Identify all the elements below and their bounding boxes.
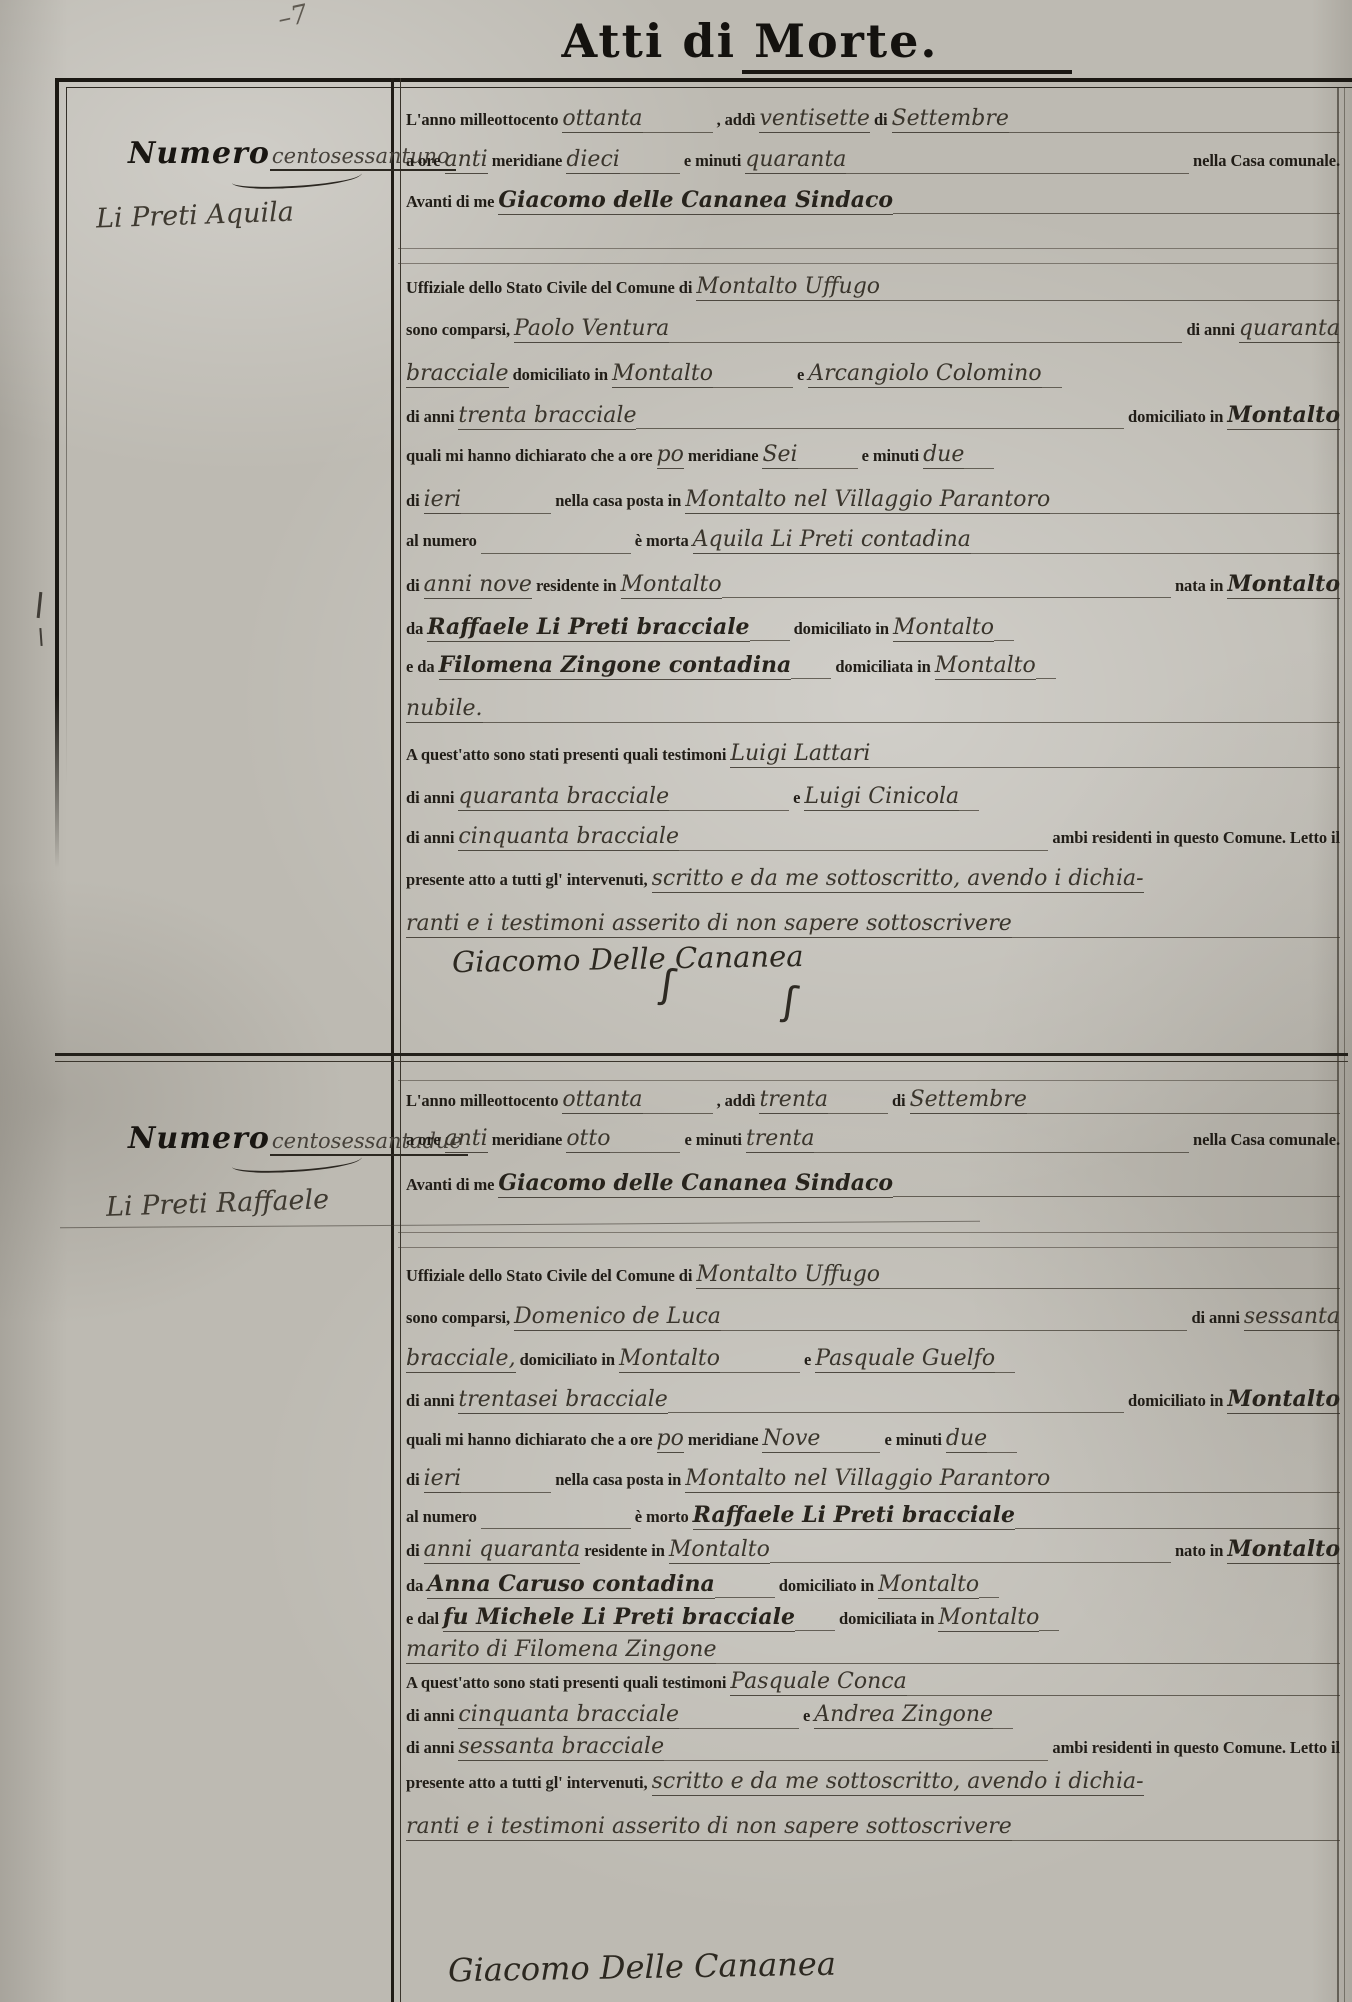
form-line: presente atto a tutti gl' intervenuti, s… bbox=[406, 1769, 1340, 1801]
handwritten-text: Anna Caruso contadina bbox=[427, 1571, 715, 1599]
frame-top-border bbox=[55, 78, 1352, 82]
handwritten-text: Giacomo delle Cananea Sindaco bbox=[498, 187, 893, 215]
printed-text: domiciliata in bbox=[831, 657, 934, 677]
form-line: L'anno milleottocento ottanta , addì ven… bbox=[406, 106, 1340, 138]
printed-text: di anni bbox=[406, 1391, 458, 1411]
handwritten-text: scritto e da me sottoscritto, avendo i d… bbox=[652, 1769, 1144, 1796]
handwritten-text: fu Michele Li Preti bracciale bbox=[443, 1604, 795, 1632]
rule-fill bbox=[820, 1452, 880, 1453]
rule-fill bbox=[461, 1492, 551, 1493]
rule-fill bbox=[880, 300, 1340, 301]
handwritten-text: ieri bbox=[424, 1466, 462, 1493]
printed-text: a ore bbox=[406, 1130, 445, 1150]
handwritten-text: quaranta bbox=[1239, 316, 1340, 343]
rule-fill bbox=[1027, 1113, 1340, 1114]
form-line: a ore anti meridiane otto e minuti trent… bbox=[406, 1126, 1340, 1158]
printed-text: di anni bbox=[1182, 320, 1238, 340]
printed-text: e minuti bbox=[880, 1430, 945, 1450]
margin-name: Li Preti Raffaele bbox=[106, 1184, 330, 1223]
handwritten-text: due bbox=[946, 1426, 987, 1453]
rule-fill bbox=[713, 387, 793, 388]
printed-text: di bbox=[888, 1091, 910, 1111]
printed-text: domiciliato in bbox=[509, 365, 612, 385]
rule-fill bbox=[483, 722, 1340, 723]
handwritten-text: Giacomo delle Cananea Sindaco bbox=[498, 1170, 893, 1198]
printed-text: e dal bbox=[406, 1609, 443, 1629]
rule-fill bbox=[679, 1728, 799, 1729]
handwritten-text: ieri bbox=[424, 487, 462, 514]
printed-text: di anni bbox=[1187, 1308, 1243, 1328]
rule-fill bbox=[716, 1663, 1340, 1664]
printed-text: da bbox=[406, 619, 427, 639]
official-signature: Giacomo Delle Cananea bbox=[448, 1945, 836, 1990]
pen-mark: –7 bbox=[275, 0, 310, 35]
handwritten-text: Montalto Uffugo bbox=[696, 1262, 880, 1289]
printed-text: Uffiziale dello Stato Civile del Comune … bbox=[406, 278, 696, 298]
handwritten-text: Montalto bbox=[1227, 402, 1340, 430]
handwritten-text: Montalto bbox=[1227, 1536, 1340, 1564]
form-line: di anni cinquanta bracciale ambi residen… bbox=[406, 824, 1340, 856]
printed-text: e bbox=[789, 788, 804, 808]
rule-fill bbox=[1042, 387, 1062, 388]
rule-fill bbox=[870, 767, 1340, 768]
form-line: L'anno milleottocento ottanta , addì tre… bbox=[406, 1087, 1340, 1119]
rule-fill bbox=[664, 1760, 1048, 1761]
rule-fill bbox=[907, 1695, 1340, 1696]
numero-label: Numero bbox=[128, 1121, 270, 1156]
rule-fill bbox=[750, 640, 790, 641]
printed-text: e bbox=[793, 365, 808, 385]
handwritten-text: Arcangiolo Colomino bbox=[808, 361, 1041, 388]
printed-text: di anni bbox=[406, 828, 458, 848]
blank-rule bbox=[398, 1080, 1338, 1081]
form-line: da Raffaele Li Preti bracciale domicilia… bbox=[406, 614, 1340, 646]
handwritten-text: Montalto bbox=[878, 1572, 979, 1599]
form-line: quali mi hanno dichiarato che a ore po m… bbox=[406, 442, 1340, 474]
printed-text: Avanti di me bbox=[406, 1175, 498, 1195]
handwritten-text: Andrea Zingone bbox=[814, 1702, 993, 1729]
handwritten-text: sessanta bracciale bbox=[458, 1734, 664, 1761]
rule-fill bbox=[979, 1597, 999, 1598]
handwritten-text: anni quaranta bbox=[424, 1537, 581, 1564]
form-line: a ore anti meridiane dieci e minuti quar… bbox=[406, 147, 1340, 179]
handwritten-text: trenta bbox=[746, 1126, 815, 1153]
handwritten-text: sessanta bbox=[1244, 1304, 1340, 1331]
page-title: Atti di Morte. bbox=[420, 14, 1080, 68]
printed-text: A quest'atto sono stati presenti quali t… bbox=[406, 1673, 730, 1693]
rule-fill bbox=[1012, 1840, 1340, 1841]
printed-text: domiciliata in bbox=[835, 1609, 938, 1629]
printed-text: , addì bbox=[713, 1091, 760, 1111]
form-line: di anni trentasei bracciale domiciliato … bbox=[406, 1386, 1340, 1418]
handwritten-text: anti bbox=[445, 1126, 488, 1153]
rule-fill bbox=[715, 1597, 775, 1598]
printed-text: nella Casa comunale. bbox=[1189, 151, 1340, 171]
form-line: quali mi hanno dichiarato che a ore po m… bbox=[406, 1426, 1340, 1458]
rule-fill bbox=[846, 173, 1189, 174]
form-line: al numero è morta Aquila Li Preti contad… bbox=[406, 527, 1340, 559]
rule-fill bbox=[798, 468, 858, 469]
printed-text: quali mi hanno dichiarato che a ore bbox=[406, 1430, 657, 1450]
printed-text: di anni bbox=[406, 788, 458, 808]
rule-fill bbox=[610, 1152, 680, 1153]
handwritten-text: nubile. bbox=[406, 696, 483, 723]
rule-fill bbox=[668, 1412, 1124, 1413]
rule-fill bbox=[987, 1452, 1017, 1453]
handwritten-text: quaranta bracciale bbox=[458, 784, 669, 811]
rule-fill bbox=[481, 1528, 631, 1529]
form-line: Uffiziale dello Stato Civile del Comune … bbox=[406, 1262, 1340, 1294]
printed-text: presente atto a tutti gl' intervenuti, bbox=[406, 870, 652, 890]
form-line: Avanti di me Giacomo delle Cananea Sinda… bbox=[406, 1170, 1340, 1202]
printed-text: al numero bbox=[406, 1507, 481, 1527]
handwritten-text: Montalto bbox=[935, 653, 1036, 680]
handwritten-text: Sei bbox=[762, 442, 797, 469]
printed-text: residente in bbox=[532, 576, 621, 596]
printed-text: meridiane bbox=[488, 151, 567, 171]
handwritten-text: cinquanta bracciale bbox=[458, 1702, 679, 1729]
rule-fill bbox=[994, 640, 1014, 641]
rule-fill bbox=[481, 553, 631, 554]
rule-fill bbox=[770, 1562, 1171, 1563]
printed-text: meridiane bbox=[684, 446, 763, 466]
margin-name-underline bbox=[60, 1221, 980, 1228]
handwritten-text: Pasquale Guelfo bbox=[815, 1346, 995, 1373]
handwritten-text: Montalto bbox=[1227, 571, 1340, 599]
rule-fill bbox=[880, 1288, 1340, 1289]
printed-text: nella casa posta in bbox=[551, 491, 685, 511]
form-line: di anni sessanta bracciale ambi resident… bbox=[406, 1734, 1340, 1766]
handwritten-text: Montalto bbox=[938, 1605, 1039, 1632]
printed-text: Avanti di me bbox=[406, 192, 498, 212]
record-divider bbox=[55, 1053, 1348, 1056]
rule-fill bbox=[669, 342, 1182, 343]
form-line: e dal fu Michele Li Preti bracciale domi… bbox=[406, 1604, 1340, 1636]
printed-text: e minuti bbox=[680, 1130, 745, 1150]
printed-text: ambi residenti in questo Comune. Letto i… bbox=[1048, 828, 1340, 848]
rule-fill bbox=[791, 678, 831, 679]
handwritten-text: dieci bbox=[566, 147, 620, 174]
printed-text: e minuti bbox=[680, 151, 745, 171]
form-line: di anni quaranta bracciale e Luigi Cinic… bbox=[406, 784, 1340, 816]
form-line: di ieri nella casa posta in Montalto nel… bbox=[406, 1466, 1340, 1498]
printed-text: domiciliato in bbox=[790, 619, 893, 639]
printed-text: Uffiziale dello Stato Civile del Comune … bbox=[406, 1266, 696, 1286]
printed-text: e bbox=[800, 1350, 815, 1370]
numero-label: Numero bbox=[128, 136, 270, 171]
frame-top-inner-border bbox=[66, 87, 1352, 88]
form-line: A quest'atto sono stati presenti quali t… bbox=[406, 741, 1340, 773]
form-line: Avanti di me Giacomo delle Cananea Sinda… bbox=[406, 187, 1340, 219]
form-line: di anni trenta bracciale domiciliato in … bbox=[406, 402, 1340, 434]
rule-fill bbox=[1009, 132, 1340, 133]
form-line: bracciale, domiciliato in Montalto e Pas… bbox=[406, 1346, 1340, 1378]
rule-fill bbox=[995, 1372, 1015, 1373]
printed-text: ambi residenti in questo Comune. Letto i… bbox=[1048, 1738, 1340, 1758]
rule-fill bbox=[959, 810, 979, 811]
handwritten-text: Aquila Li Preti contadina bbox=[693, 527, 971, 554]
handwritten-text: trenta bbox=[759, 1087, 828, 1114]
printed-text: di anni bbox=[406, 1706, 458, 1726]
form-line: e da Filomena Zingone contadina domicili… bbox=[406, 652, 1340, 684]
handwritten-text: otto bbox=[566, 1126, 610, 1153]
handwritten-text: cinquanta bracciale bbox=[458, 824, 679, 851]
printed-text: domiciliato in bbox=[516, 1350, 619, 1370]
rule-fill bbox=[1039, 1630, 1059, 1631]
printed-text: di bbox=[406, 491, 424, 511]
form-line: marito di Filomena Zingone bbox=[406, 1637, 1340, 1669]
handwritten-text: anni nove bbox=[424, 572, 532, 599]
frame-left-inner-border bbox=[66, 87, 67, 787]
handwritten-text: po bbox=[657, 1426, 684, 1453]
printed-text: di bbox=[406, 1470, 424, 1490]
form-line: Uffiziale dello Stato Civile del Comune … bbox=[406, 274, 1340, 306]
printed-text: nato in bbox=[1171, 1541, 1227, 1561]
printed-text: L'anno milleottocento bbox=[406, 110, 562, 130]
printed-text: L'anno milleottocento bbox=[406, 1091, 562, 1111]
rule-fill bbox=[636, 428, 1124, 429]
handwritten-text: due bbox=[923, 442, 964, 469]
printed-text: di bbox=[870, 110, 892, 130]
printed-text: residente in bbox=[580, 1541, 669, 1561]
form-line: sono comparsi, Paolo Ventura di anni qua… bbox=[406, 316, 1340, 348]
printed-text: di anni bbox=[406, 1738, 458, 1758]
rule-fill bbox=[1036, 678, 1056, 679]
printed-text: domiciliato in bbox=[775, 1576, 878, 1596]
form-line: di anni quaranta residente in Montalto n… bbox=[406, 1536, 1340, 1568]
rule-fill bbox=[620, 173, 680, 174]
rule-fill bbox=[993, 1728, 1013, 1729]
rule-fill bbox=[893, 1196, 1340, 1197]
blank-rule bbox=[398, 1247, 1338, 1248]
handwritten-text: Montalto bbox=[619, 1346, 720, 1373]
printed-text: meridiane bbox=[684, 1430, 763, 1450]
form-line: ranti e i testimoni asserito di non sape… bbox=[406, 1814, 1340, 1846]
printed-text: e bbox=[799, 1706, 814, 1726]
margin-column-divider bbox=[391, 78, 401, 2002]
rule-fill bbox=[679, 850, 1048, 851]
margin-name: Li Preti Aquila bbox=[96, 197, 295, 235]
printed-text: nella Casa comunale. bbox=[1189, 1130, 1340, 1150]
printed-text: A quest'atto sono stati presenti quali t… bbox=[406, 745, 730, 765]
handwritten-text: Paolo Ventura bbox=[514, 316, 669, 343]
handwritten-text: Domenico de Luca bbox=[514, 1304, 721, 1331]
printed-text: domiciliato in bbox=[1124, 407, 1227, 427]
rule-fill bbox=[643, 1113, 713, 1114]
printed-text: è morta bbox=[631, 531, 693, 551]
form-line: A quest'atto sono stati presenti quali t… bbox=[406, 1669, 1340, 1701]
blank-rule bbox=[398, 263, 1338, 264]
printed-text: presente atto a tutti gl' intervenuti, bbox=[406, 1773, 652, 1793]
printed-text: nella casa posta in bbox=[551, 1470, 685, 1490]
handwritten-text: Raffaele Li Preti bracciale bbox=[427, 614, 749, 642]
handwritten-text: ranti e i testimoni asserito di non sape… bbox=[406, 911, 1012, 938]
handwritten-text: Montalto nel Villaggio Parantoro bbox=[685, 487, 1050, 514]
rule-fill bbox=[1050, 513, 1340, 514]
printed-text: domiciliato in bbox=[1124, 1391, 1227, 1411]
blank-rule bbox=[398, 1232, 1338, 1233]
handwritten-text: quaranta bbox=[745, 147, 846, 174]
form-line: nubile. bbox=[406, 696, 1340, 728]
printed-text: di anni bbox=[406, 407, 458, 427]
handwritten-text: ranti e i testimoni asserito di non sape… bbox=[406, 1814, 1012, 1841]
rule-fill bbox=[964, 468, 994, 469]
form-line: di anni nove residente in Montalto nata … bbox=[406, 571, 1340, 603]
scan-artifact bbox=[37, 592, 43, 618]
rule-fill bbox=[669, 810, 789, 811]
printed-text: nata in bbox=[1171, 576, 1227, 596]
rule-fill bbox=[720, 1372, 800, 1373]
handwritten-text: Settembre bbox=[892, 106, 1009, 133]
rule-fill bbox=[721, 1330, 1188, 1331]
record-divider-inner bbox=[55, 1061, 1348, 1062]
printed-text: a ore bbox=[406, 151, 445, 171]
rule-fill bbox=[461, 513, 551, 514]
printed-text: sono comparsi, bbox=[406, 1308, 514, 1328]
rule-fill bbox=[722, 597, 1171, 598]
rule-fill bbox=[828, 1113, 888, 1114]
handwritten-text: Luigi Cinicola bbox=[804, 784, 959, 811]
blank-rule bbox=[398, 248, 1338, 249]
handwritten-text: Montalto bbox=[893, 615, 994, 642]
handwritten-text: bracciale bbox=[406, 361, 509, 388]
form-line: bracciale domiciliato in Montalto e Arca… bbox=[406, 361, 1340, 393]
scan-artifact bbox=[39, 628, 42, 646]
rule-fill bbox=[1012, 937, 1340, 938]
handwritten-text: Montalto Uffugo bbox=[696, 274, 880, 301]
rule-fill bbox=[814, 1152, 1189, 1153]
handwritten-text: anti bbox=[445, 147, 488, 174]
handwritten-text: Settembre bbox=[910, 1087, 1027, 1114]
handwritten-text: trenta bracciale bbox=[458, 403, 636, 430]
handwritten-text: Luigi Lattari bbox=[730, 741, 870, 768]
handwritten-text: ottanta bbox=[562, 1087, 642, 1114]
rule-fill bbox=[1050, 1492, 1340, 1493]
printed-text: e minuti bbox=[858, 446, 923, 466]
form-line: al numero è morto Raffaele Li Preti brac… bbox=[406, 1502, 1340, 1534]
handwritten-text: Nove bbox=[762, 1426, 820, 1453]
rule-fill bbox=[795, 1630, 835, 1631]
handwritten-text: bracciale, bbox=[406, 1346, 516, 1373]
frame-left-border bbox=[55, 78, 59, 868]
rule-fill bbox=[893, 213, 1340, 214]
handwritten-text: po bbox=[657, 442, 684, 469]
printed-text: al numero bbox=[406, 531, 481, 551]
form-line: ranti e i testimoni asserito di non sape… bbox=[406, 911, 1340, 943]
handwritten-text: Montalto bbox=[1227, 1386, 1340, 1414]
printed-text: è morto bbox=[631, 1507, 693, 1527]
form-line: di ieri nella casa posta in Montalto nel… bbox=[406, 487, 1340, 519]
printed-text: da bbox=[406, 1576, 427, 1596]
pen-flourish bbox=[232, 1154, 362, 1175]
printed-text: sono comparsi, bbox=[406, 320, 514, 340]
printed-text: quali mi hanno dichiarato che a ore bbox=[406, 446, 657, 466]
rule-fill bbox=[971, 553, 1340, 554]
printed-text: di bbox=[406, 576, 424, 596]
printed-text: , addì bbox=[713, 110, 760, 130]
form-line: da Anna Caruso contadina domiciliato in … bbox=[406, 1571, 1340, 1603]
form-line: sono comparsi, Domenico de Luca di anni … bbox=[406, 1304, 1340, 1336]
handwritten-text: Montalto bbox=[612, 361, 713, 388]
handwritten-text: scritto e da me sottoscritto, avendo i d… bbox=[652, 866, 1144, 893]
handwritten-text: Montalto nel Villaggio Parantoro bbox=[685, 1466, 1050, 1493]
handwritten-text: marito di Filomena Zingone bbox=[406, 1637, 716, 1664]
handwritten-text: Raffaele Li Preti bracciale bbox=[693, 1502, 1015, 1530]
title-underline bbox=[742, 70, 1072, 74]
form-line: presente atto a tutti gl' intervenuti, s… bbox=[406, 866, 1340, 898]
handwritten-text: ventisette bbox=[759, 106, 870, 133]
handwritten-text: trentasei bracciale bbox=[458, 1387, 667, 1414]
handwritten-text: Pasquale Conca bbox=[730, 1669, 906, 1696]
handwritten-text: Filomena Zingone contadina bbox=[439, 652, 792, 680]
rule-fill bbox=[643, 132, 713, 133]
printed-text: di bbox=[406, 1541, 424, 1561]
pen-flourish bbox=[232, 170, 362, 191]
handwritten-text: Montalto bbox=[669, 1537, 770, 1564]
printed-text: meridiane bbox=[488, 1130, 567, 1150]
form-line: di anni cinquanta bracciale e Andrea Zin… bbox=[406, 1702, 1340, 1734]
printed-text: e da bbox=[406, 657, 439, 677]
handwritten-text: Montalto bbox=[621, 572, 722, 599]
rule-fill bbox=[1015, 1528, 1340, 1529]
handwritten-text: ottanta bbox=[562, 106, 642, 133]
